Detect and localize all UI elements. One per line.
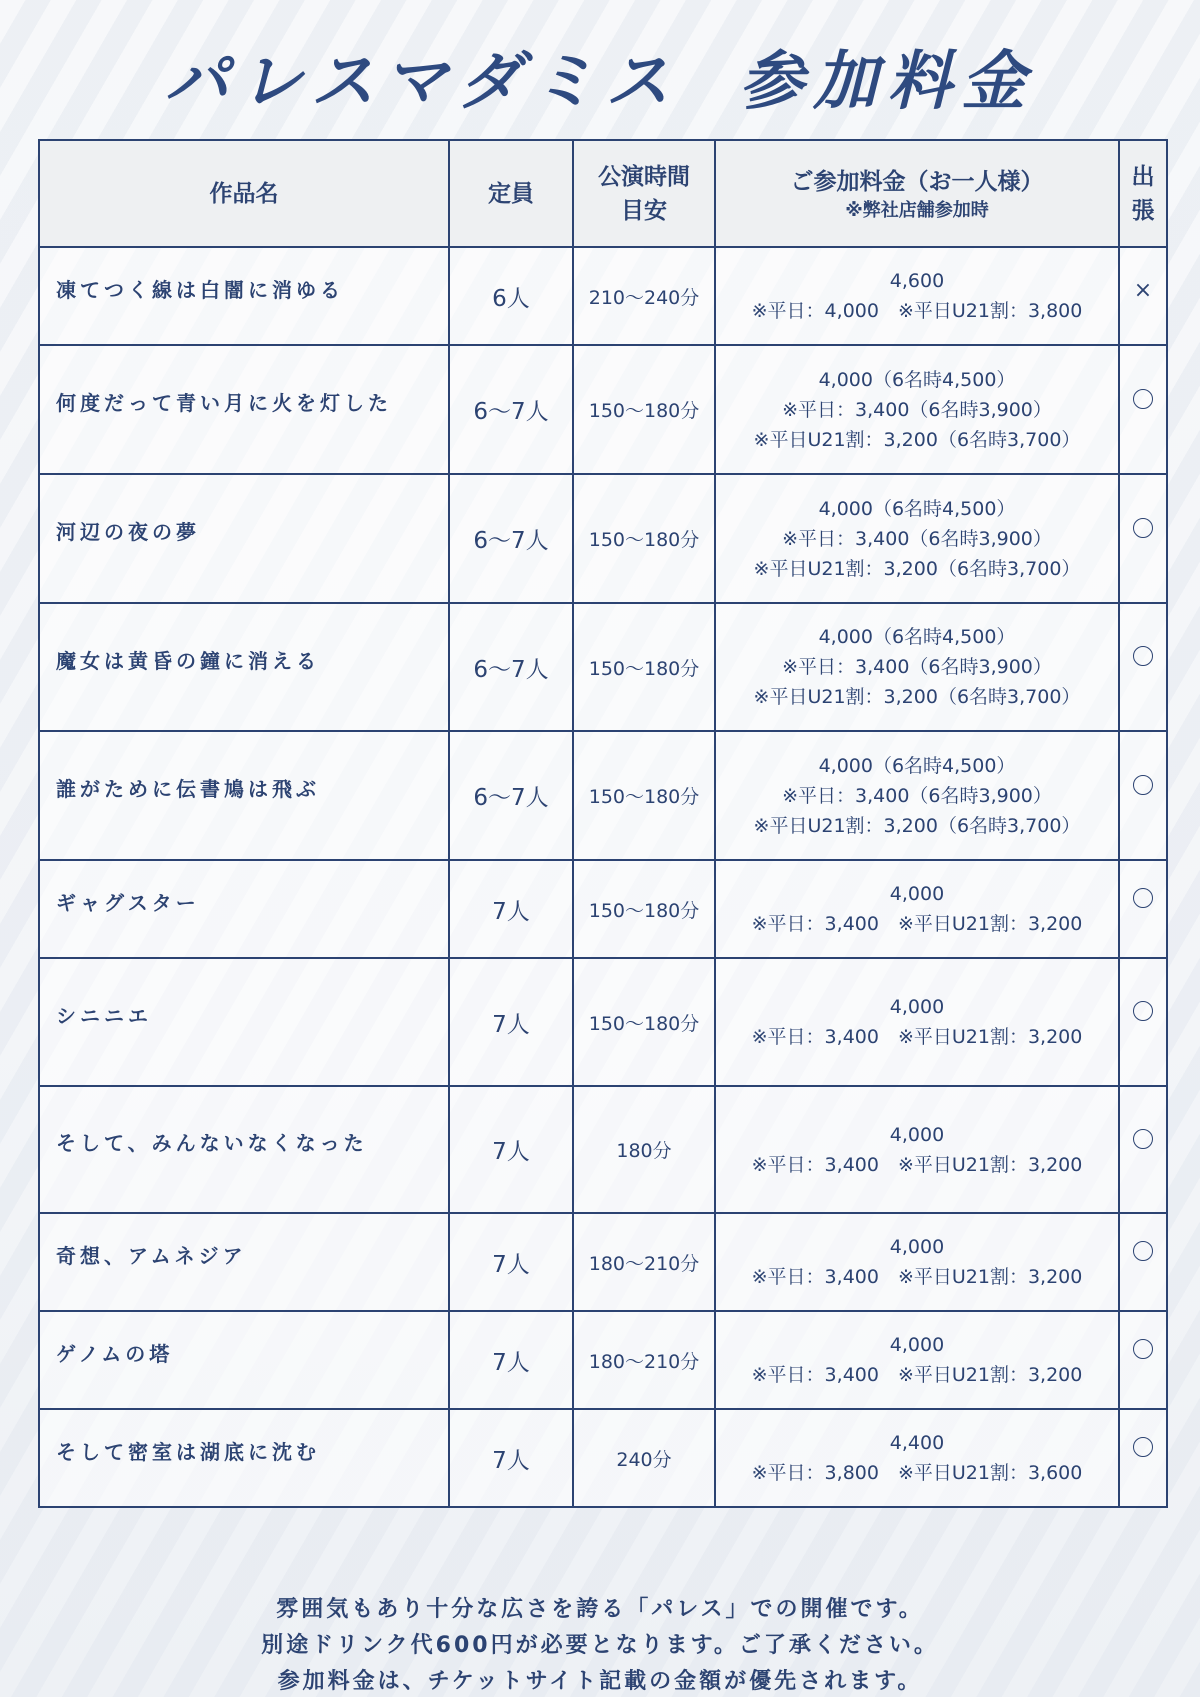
fee-line: ※平日：3,400 ※平日U21割：3,200 xyxy=(716,909,1118,939)
cell-capacity: 6〜7人 xyxy=(449,603,573,731)
cell-capacity: 6〜7人 xyxy=(449,731,573,860)
header-name: 作品名 xyxy=(39,140,449,247)
fee-line: ※平日：3,400 ※平日U21割：3,200 xyxy=(716,1262,1118,1292)
cell-time: 150〜180分 xyxy=(573,860,715,958)
cell-title: 凍てつく線は白闇に消ゆる xyxy=(39,247,449,345)
cell-fee: 4,000 ※平日：3,400 ※平日U21割：3,200 xyxy=(715,860,1119,958)
fee-line: ※平日：3,400（6名時3,900） xyxy=(716,781,1118,811)
table-row: 誰がために伝書鳩は飛ぶ 6〜7人 150〜180分 4,000（6名時4,500… xyxy=(39,731,1167,860)
title-text: ゲノムの塔 xyxy=(56,1338,448,1367)
cell-capacity: 6〜7人 xyxy=(449,474,573,603)
cell-dispatch xyxy=(1119,474,1167,603)
header-dispatch-line2: 張 xyxy=(1120,194,1166,228)
title-text: ギャグスター xyxy=(56,887,448,916)
page-title: パレスマダミス参加料金 xyxy=(0,42,1200,122)
footer-note-priority: 参加料金は、チケットサイト記載の金額が優先されます。 xyxy=(0,1664,1200,1697)
fee-line: ※平日：3,400 ※平日U21割：3,200 xyxy=(716,1150,1118,1180)
table-row: そして密室は湖底に沈む 7人 240分 4,400 ※平日：3,800 ※平日U… xyxy=(39,1409,1167,1507)
footer-notes: 雰囲気もあり十分な広さを誇る「パレス」での開催です。 別途ドリンク代600円が必… xyxy=(0,1592,1200,1697)
cell-time: 180〜210分 xyxy=(573,1213,715,1311)
header-dispatch-line1: 出 xyxy=(1120,160,1166,194)
header-fee: ご参加料金（お一人様） ※弊社店舗参加時 xyxy=(715,140,1119,247)
fee-line: 4,000（6名時4,500） xyxy=(716,751,1118,781)
page-title-subject: 参加料金 xyxy=(739,45,1035,119)
price-table: 作品名 定員 公演時間 目安 ご参加料金（お一人様） ※弊社店舗参加時 出 張 … xyxy=(38,139,1168,1508)
cell-time: 150〜180分 xyxy=(573,603,715,731)
fee-line: 4,000 xyxy=(716,1232,1118,1262)
fee-line: 4,000（6名時4,500） xyxy=(716,365,1118,395)
circle-icon xyxy=(1133,888,1153,908)
circle-icon xyxy=(1133,518,1153,538)
table-row: シニニエ 7人 150〜180分 4,000 ※平日：3,400 ※平日U21割… xyxy=(39,958,1167,1086)
table-row: ゲノムの塔 7人 180〜210分 4,000 ※平日：3,400 ※平日U21… xyxy=(39,1311,1167,1409)
circle-icon xyxy=(1133,775,1153,795)
cell-time: 150〜180分 xyxy=(573,345,715,474)
fee-line: ※平日：3,400 ※平日U21割：3,200 xyxy=(716,1022,1118,1052)
header-capacity: 定員 xyxy=(449,140,573,247)
header-time-line1: 公演時間 xyxy=(574,160,714,194)
cell-title: 河辺の夜の夢 xyxy=(39,474,449,603)
header-fee-line2: ※弊社店舗参加時 xyxy=(716,199,1118,223)
footer-note-drink: 別途ドリンク代600円が必要となります。ご了承ください。 xyxy=(0,1628,1200,1664)
fee-line: 4,000 xyxy=(716,1330,1118,1360)
cell-capacity: 7人 xyxy=(449,958,573,1086)
cell-capacity: 7人 xyxy=(449,1086,573,1213)
circle-icon xyxy=(1133,1437,1153,1457)
fee-line: 4,000 xyxy=(716,879,1118,909)
cell-time: 150〜180分 xyxy=(573,474,715,603)
title-text: 魔女は黄昏の鐘に消える xyxy=(56,645,448,674)
fee-line: 4,000 xyxy=(716,992,1118,1022)
circle-icon xyxy=(1133,646,1153,666)
cell-time: 210〜240分 xyxy=(573,247,715,345)
cell-time: 240分 xyxy=(573,1409,715,1507)
title-text: 誰がために伝書鳩は飛ぶ xyxy=(56,773,448,802)
fee-line: 4,400 xyxy=(716,1428,1118,1458)
header-time: 公演時間 目安 xyxy=(573,140,715,247)
table-row: 何度だって青い月に火を灯した 6〜7人 150〜180分 4,000（6名時4,… xyxy=(39,345,1167,474)
cell-capacity: 6人 xyxy=(449,247,573,345)
fee-line: 4,000（6名時4,500） xyxy=(716,622,1118,652)
title-text: そして密室は湖底に沈む xyxy=(56,1436,448,1465)
cell-fee: 4,000（6名時4,500） ※平日：3,400（6名時3,900） ※平日U… xyxy=(715,731,1119,860)
cell-fee: 4,000 ※平日：3,400 ※平日U21割：3,200 xyxy=(715,958,1119,1086)
cell-dispatch xyxy=(1119,1409,1167,1507)
table-row: そして、みんないなくなった 7人 180分 4,000 ※平日：3,400 ※平… xyxy=(39,1086,1167,1213)
cell-dispatch xyxy=(1119,958,1167,1086)
cell-time: 180〜210分 xyxy=(573,1311,715,1409)
cell-dispatch xyxy=(1119,1311,1167,1409)
cell-capacity: 7人 xyxy=(449,860,573,958)
cell-capacity: 7人 xyxy=(449,1409,573,1507)
cell-dispatch xyxy=(1119,731,1167,860)
cell-dispatch xyxy=(1119,860,1167,958)
title-text: そして、みんないなくなった xyxy=(56,1127,448,1156)
title-text: 何度だって青い月に火を灯した xyxy=(56,387,448,416)
table-header-row: 作品名 定員 公演時間 目安 ご参加料金（お一人様） ※弊社店舗参加時 出 張 xyxy=(39,140,1167,247)
cell-fee: 4,400 ※平日：3,800 ※平日U21割：3,600 xyxy=(715,1409,1119,1507)
circle-icon xyxy=(1133,1339,1153,1359)
title-text: 河辺の夜の夢 xyxy=(56,516,448,545)
cell-title: ゲノムの塔 xyxy=(39,1311,449,1409)
fee-line: ※平日：3,400 ※平日U21割：3,200 xyxy=(716,1360,1118,1390)
cell-title: そして、みんないなくなった xyxy=(39,1086,449,1213)
cell-capacity: 7人 xyxy=(449,1311,573,1409)
cell-fee: 4,000 ※平日：3,400 ※平日U21割：3,200 xyxy=(715,1213,1119,1311)
fee-line: ※平日：4,000 ※平日U21割：3,800 xyxy=(716,296,1118,326)
cell-dispatch xyxy=(1119,1213,1167,1311)
cell-title: 誰がために伝書鳩は飛ぶ xyxy=(39,731,449,860)
table-row: ギャグスター 7人 150〜180分 4,000 ※平日：3,400 ※平日U2… xyxy=(39,860,1167,958)
cell-capacity: 7人 xyxy=(449,1213,573,1311)
cell-dispatch xyxy=(1119,603,1167,731)
title-text: 凍てつく線は白闇に消ゆる xyxy=(56,274,448,303)
cell-fee: 4,000（6名時4,500） ※平日：3,400（6名時3,900） ※平日U… xyxy=(715,345,1119,474)
table-row: 凍てつく線は白闇に消ゆる 6人 210〜240分 4,600 ※平日：4,000… xyxy=(39,247,1167,345)
fee-line: ※平日U21割：3,200（6名時3,700） xyxy=(716,554,1118,584)
cell-fee: 4,000（6名時4,500） ※平日：3,400（6名時3,900） ※平日U… xyxy=(715,603,1119,731)
cell-time: 150〜180分 xyxy=(573,958,715,1086)
cell-title: そして密室は湖底に沈む xyxy=(39,1409,449,1507)
cell-dispatch: × xyxy=(1119,247,1167,345)
table-row: 河辺の夜の夢 6〜7人 150〜180分 4,000（6名時4,500） ※平日… xyxy=(39,474,1167,603)
fee-line: ※平日U21割：3,200（6名時3,700） xyxy=(716,682,1118,712)
cell-fee: 4,000 ※平日：3,400 ※平日U21割：3,200 xyxy=(715,1311,1119,1409)
circle-icon xyxy=(1133,1129,1153,1149)
fee-line: ※平日：3,800 ※平日U21割：3,600 xyxy=(716,1458,1118,1488)
table-row: 奇想、アムネジア 7人 180〜210分 4,000 ※平日：3,400 ※平日… xyxy=(39,1213,1167,1311)
fee-line: ※平日U21割：3,200（6名時3,700） xyxy=(716,811,1118,841)
fee-line: ※平日：3,400（6名時3,900） xyxy=(716,524,1118,554)
fee-line: ※平日U21割：3,200（6名時3,700） xyxy=(716,425,1118,455)
title-text: シニニエ xyxy=(56,1000,448,1029)
fee-line: 4,600 xyxy=(716,266,1118,296)
cross-icon: × xyxy=(1134,278,1152,303)
cell-fee: 4,000（6名時4,500） ※平日：3,400（6名時3,900） ※平日U… xyxy=(715,474,1119,603)
cell-title: ギャグスター xyxy=(39,860,449,958)
header-fee-line1: ご参加料金（お一人様） xyxy=(716,165,1118,199)
fee-line: ※平日：3,400（6名時3,900） xyxy=(716,395,1118,425)
fee-line: ※平日：3,400（6名時3,900） xyxy=(716,652,1118,682)
title-text: 奇想、アムネジア xyxy=(56,1240,448,1269)
cell-title: シニニエ xyxy=(39,958,449,1086)
cell-fee: 4,000 ※平日：3,400 ※平日U21割：3,200 xyxy=(715,1086,1119,1213)
cell-title: 魔女は黄昏の鐘に消える xyxy=(39,603,449,731)
cell-title: 奇想、アムネジア xyxy=(39,1213,449,1311)
page-title-venue: パレスマダミス xyxy=(165,45,680,119)
cell-time: 150〜180分 xyxy=(573,731,715,860)
cell-fee: 4,600 ※平日：4,000 ※平日U21割：3,800 xyxy=(715,247,1119,345)
circle-icon xyxy=(1133,389,1153,409)
header-dispatch: 出 張 xyxy=(1119,140,1167,247)
fee-line: 4,000（6名時4,500） xyxy=(716,494,1118,524)
cell-time: 180分 xyxy=(573,1086,715,1213)
header-time-line2: 目安 xyxy=(574,194,714,228)
table-row: 魔女は黄昏の鐘に消える 6〜7人 150〜180分 4,000（6名時4,500… xyxy=(39,603,1167,731)
cell-capacity: 6〜7人 xyxy=(449,345,573,474)
circle-icon xyxy=(1133,1001,1153,1021)
circle-icon xyxy=(1133,1241,1153,1261)
cell-dispatch xyxy=(1119,1086,1167,1213)
fee-line: 4,000 xyxy=(716,1120,1118,1150)
footer-note-venue: 雰囲気もあり十分な広さを誇る「パレス」での開催です。 xyxy=(0,1592,1200,1628)
cell-title: 何度だって青い月に火を灯した xyxy=(39,345,449,474)
cell-dispatch xyxy=(1119,345,1167,474)
